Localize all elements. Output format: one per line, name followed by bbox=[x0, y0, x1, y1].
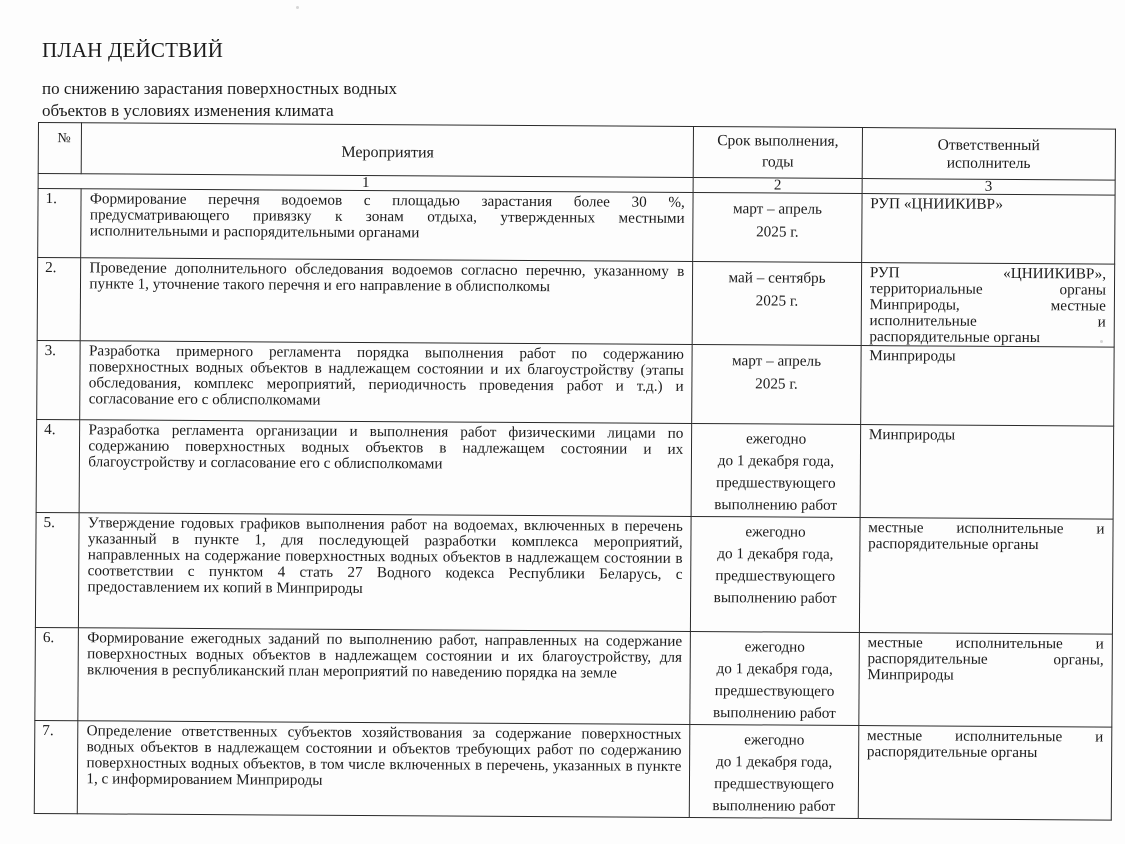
term-line: март – апрель bbox=[697, 349, 857, 373]
header-responsible: Ответственный исполнитель bbox=[862, 128, 1116, 181]
row-number: 2. bbox=[37, 258, 81, 341]
header-term-line: годы bbox=[694, 151, 862, 173]
term-line: ежегодно bbox=[695, 636, 855, 659]
row-activity: Проведение дополнительного обследования … bbox=[81, 258, 693, 345]
row-number: 4. bbox=[36, 419, 80, 512]
table-row: 1.Формирование перечня водоемов с площад… bbox=[38, 189, 1115, 265]
row-responsible: Минприроды bbox=[860, 346, 1114, 427]
term-line: 2025 г. bbox=[697, 289, 857, 313]
term-line: выполнению работ bbox=[696, 494, 856, 517]
row-term: май – сентябрь2025 г. bbox=[692, 262, 861, 346]
column-index-term: 2 bbox=[693, 178, 862, 194]
row-responsible: РУП «ЦНИИКИВР» bbox=[861, 194, 1115, 265]
scan-speck bbox=[296, 6, 299, 9]
term-line: 2025 г. bbox=[698, 220, 858, 244]
row-term: ежегоднодо 1 декабря года,предшествующег… bbox=[690, 631, 859, 725]
term-line: до 1 декабря года, bbox=[695, 658, 855, 681]
term-line: до 1 декабря года, bbox=[696, 543, 856, 566]
term-line: до 1 декабря года, bbox=[694, 751, 854, 774]
table-header-row: № Мероприятия Срок выполнения, годы Отве… bbox=[38, 123, 1115, 181]
row-number: 1. bbox=[38, 189, 82, 258]
term-line: предшествующего bbox=[696, 472, 856, 495]
header-activity: Мероприятия bbox=[82, 123, 694, 178]
scan-speck bbox=[1100, 340, 1103, 343]
row-activity: Формирование ежегодных заданий по выполн… bbox=[78, 628, 690, 725]
row-number: 6. bbox=[35, 627, 79, 720]
action-plan-table: № Мероприятия Срок выполнения, годы Отве… bbox=[34, 122, 1116, 821]
row-activity: Формирование перечня водоемов с площадью… bbox=[81, 189, 693, 262]
header-term: Срок выполнения, годы bbox=[693, 127, 862, 179]
term-line: ежегодно bbox=[694, 729, 854, 752]
term-line: ежегодно bbox=[696, 428, 856, 451]
row-term: ежегоднодо 1 декабря года,предшествующег… bbox=[691, 424, 860, 518]
document-title: ПЛАН ДЕЙСТВИЙ bbox=[42, 38, 223, 63]
header-resp-line: Ответственный bbox=[863, 136, 1115, 156]
row-activity: Разработка примерного регламента порядка… bbox=[80, 341, 692, 424]
term-line: 2025 г. bbox=[697, 372, 857, 396]
column-index-responsible: 3 bbox=[862, 179, 1115, 196]
row-responsible: РУП «ЦНИИКИВР», территориальные органы М… bbox=[861, 263, 1115, 348]
row-responsible: местные исполнительные и распорядительны… bbox=[859, 518, 1113, 635]
row-responsible: местные исполнительные и распорядительны… bbox=[858, 726, 1112, 821]
table-row: 2.Проведение дополнительного обследовани… bbox=[37, 258, 1114, 348]
header-term-line: Срок выполнения, bbox=[694, 130, 862, 152]
document-page: ПЛАН ДЕЙСТВИЙ по снижению зарастания пов… bbox=[0, 0, 1125, 844]
term-line: предшествующего bbox=[694, 773, 854, 796]
row-responsible: местные исполнительные и распорядительны… bbox=[859, 633, 1113, 728]
term-line: до 1 декабря года, bbox=[696, 450, 856, 473]
term-line: выполнению работ bbox=[694, 795, 854, 818]
header-resp-line: исполнитель bbox=[862, 154, 1114, 174]
row-responsible: Минприроды bbox=[860, 425, 1114, 520]
row-term: март – апрель2025 г. bbox=[692, 345, 861, 425]
table-row: 7.Определение ответственных субъектов хо… bbox=[34, 720, 1112, 820]
table-row: 4.Разработка регламента организации и вы… bbox=[36, 419, 1114, 519]
term-line: март – апрель bbox=[698, 197, 858, 221]
term-line: предшествующего bbox=[695, 680, 855, 703]
document-subtitle: по снижению зарастания поверхностных вод… bbox=[42, 78, 397, 122]
table-row: 6.Формирование ежегодных заданий по выпо… bbox=[35, 627, 1113, 727]
row-number: 7. bbox=[34, 720, 78, 813]
term-line: выполнению работ bbox=[695, 587, 855, 610]
term-line: ежегодно bbox=[696, 521, 856, 544]
row-term: ежегоднодо 1 декабря года,предшествующег… bbox=[691, 516, 860, 632]
row-activity: Определение ответственных субъектов хозя… bbox=[78, 721, 690, 818]
subtitle-line-1: по снижению зарастания поверхностных вод… bbox=[42, 78, 397, 100]
table-row: 3.Разработка примерного регламента поряд… bbox=[37, 340, 1114, 426]
row-term: ежегоднодо 1 декабря года,предшествующег… bbox=[690, 724, 859, 818]
row-term: март – апрель2025 г. bbox=[693, 193, 862, 263]
subtitle-line-2: объектов в условиях изменения климата bbox=[42, 100, 397, 122]
row-number: 3. bbox=[37, 340, 81, 419]
header-num: № bbox=[38, 123, 82, 174]
row-activity: Разработка регламента организации и выпо… bbox=[80, 420, 692, 517]
term-line: выполнению работ bbox=[695, 702, 855, 725]
table-row: 5.Утверждение годовых графиков выполнени… bbox=[35, 512, 1113, 634]
term-line: май – сентябрь bbox=[697, 266, 857, 290]
row-number: 5. bbox=[35, 512, 79, 627]
row-activity: Утверждение годовых графиков выполнения … bbox=[79, 513, 692, 632]
term-line: предшествующего bbox=[695, 565, 855, 588]
